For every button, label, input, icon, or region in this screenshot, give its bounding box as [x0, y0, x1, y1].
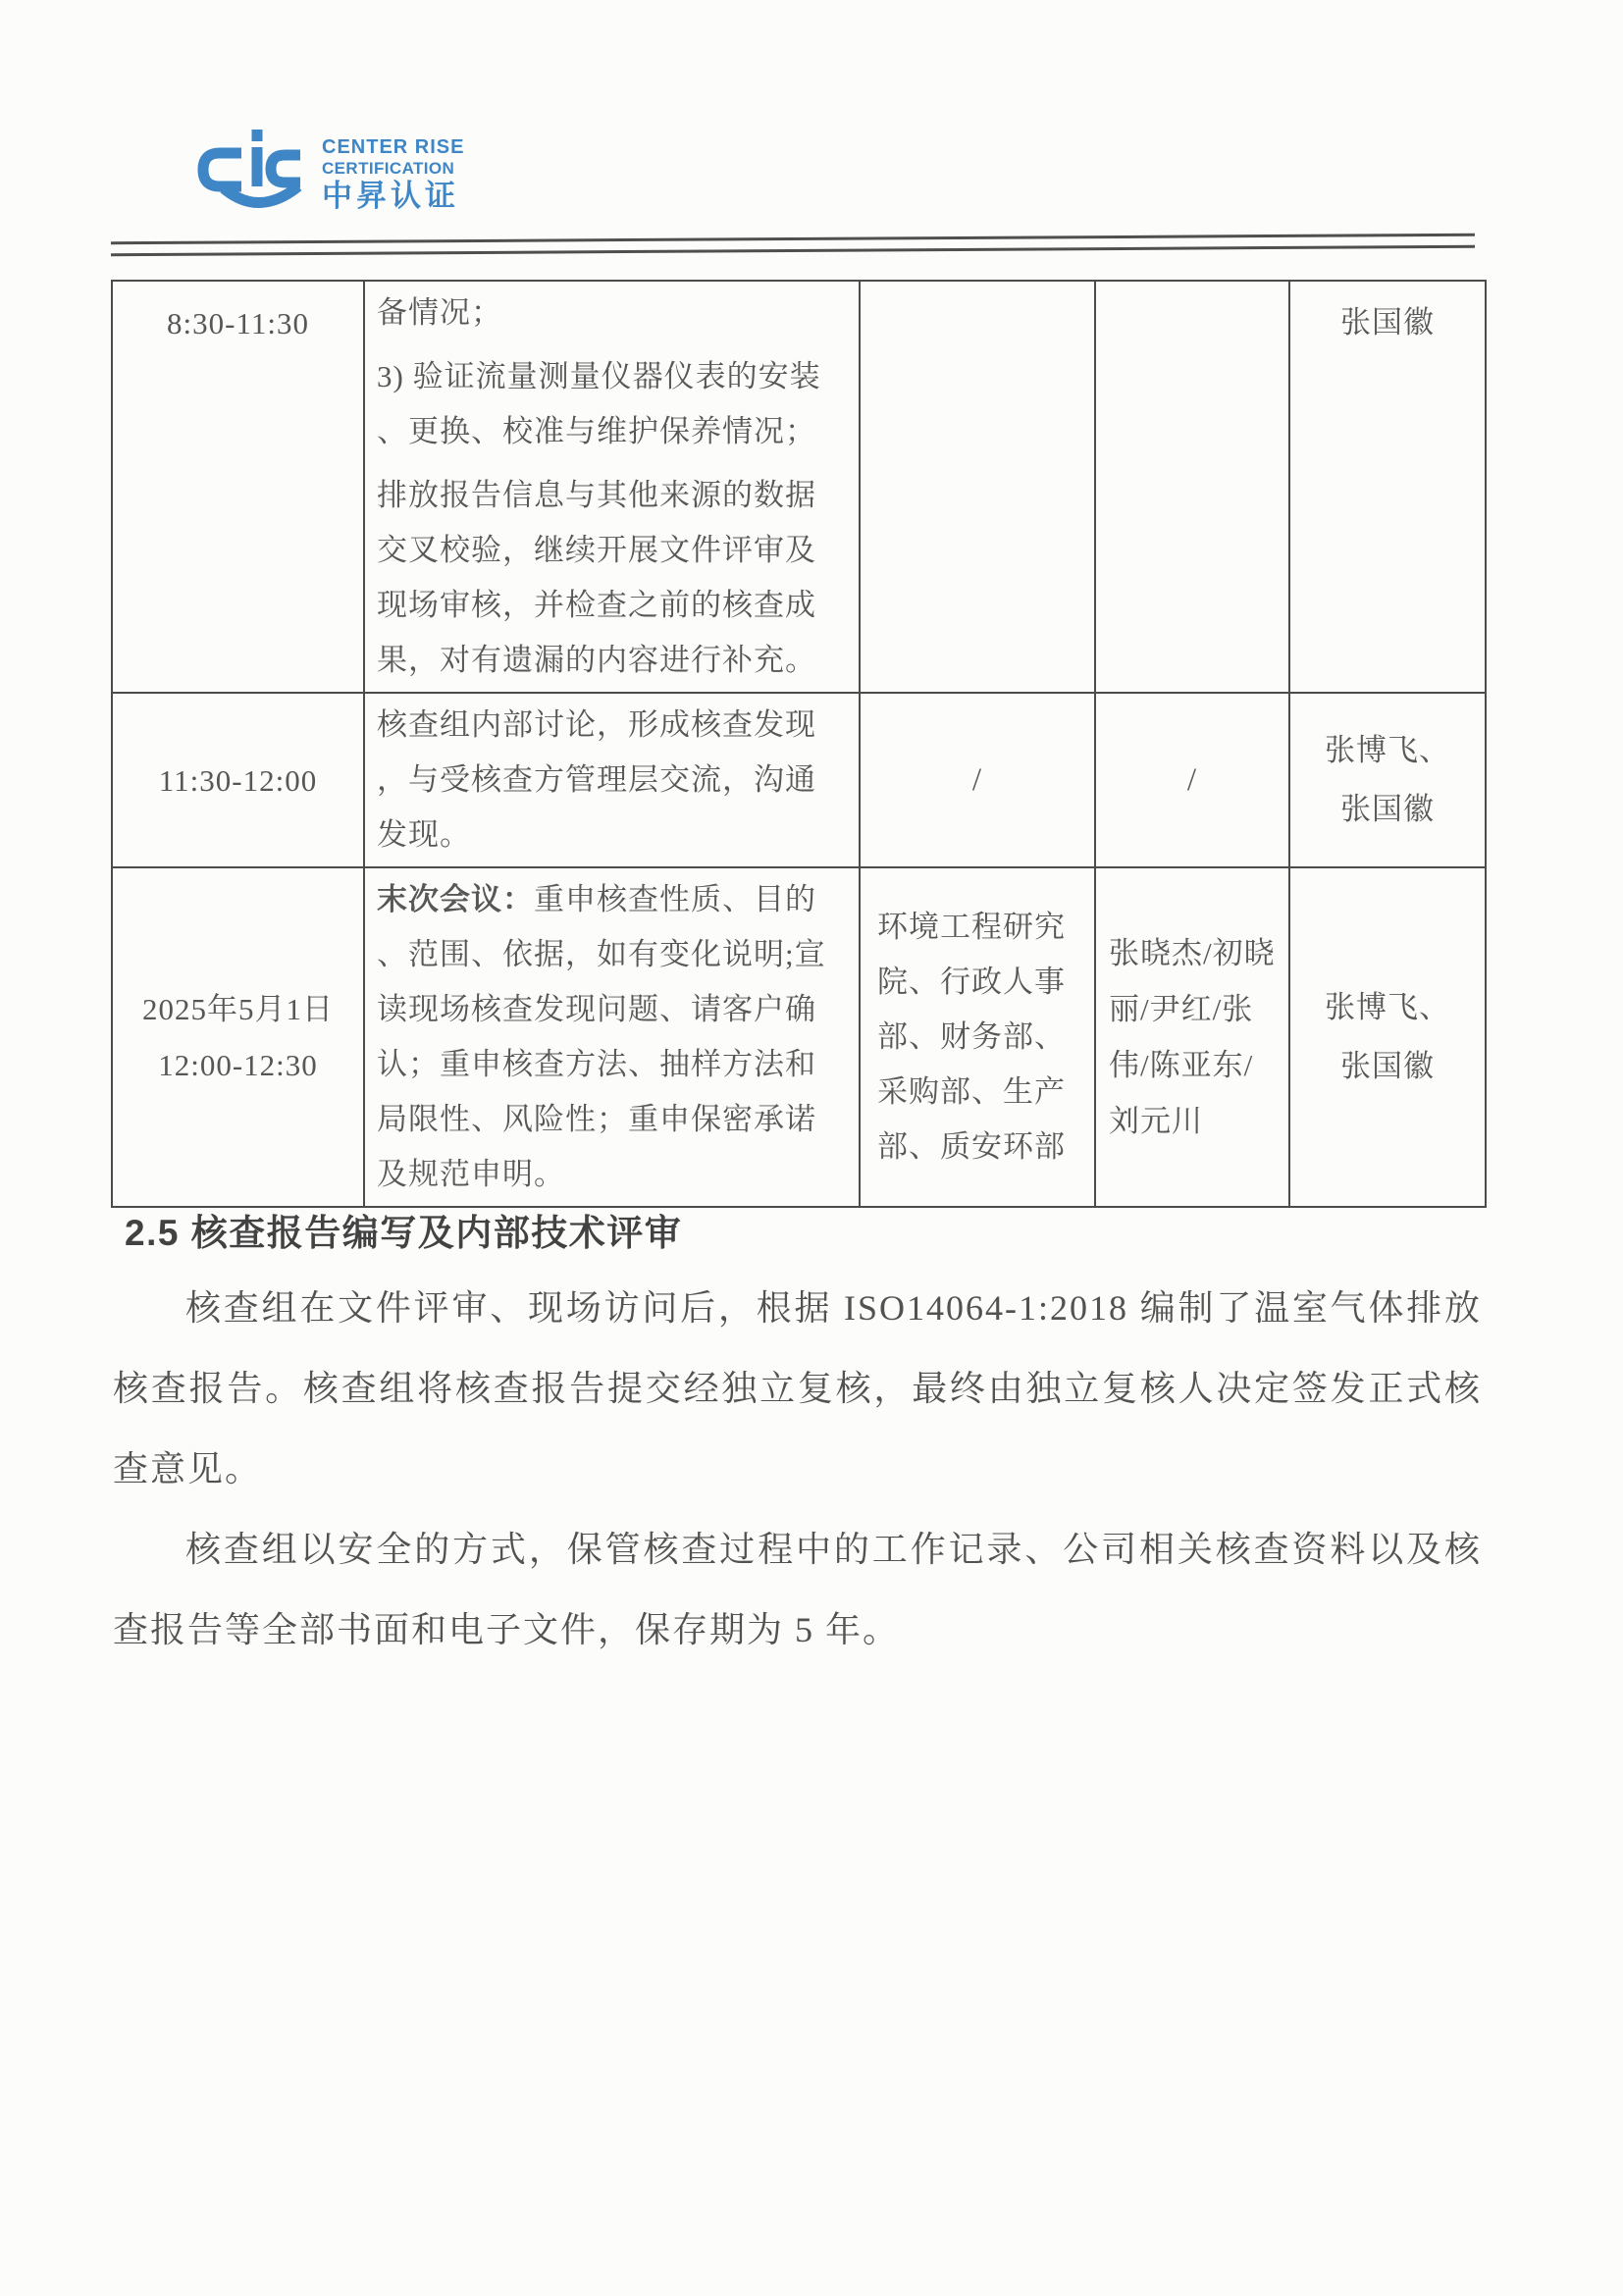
time-cell: 8:30-11:30 — [112, 281, 364, 693]
table-row-discussion: 11:30-12:00 核查组内部讨论，形成核查发现，与受核查方管理层交流，沟通… — [112, 693, 1486, 867]
activity-cell: 末次会议：重申核查性质、目的、范围、依据，如有变化说明;宣读现场核查发现问题、请… — [364, 867, 860, 1207]
activity-paragraph: 3) 验证流量测量仪器仪表的安装、更换、校准与维护保养情况； — [377, 349, 847, 459]
department-cell — [860, 281, 1095, 693]
verifier-cell: 张博飞、 张国徽 — [1289, 693, 1486, 867]
time-text: 8:30-11:30 — [119, 295, 357, 351]
paragraph: 核查组以安全的方式，保管核查过程中的工作记录、公司相关核查资料以及核查报告等全部… — [113, 1509, 1482, 1670]
activity-paragraph: 末次会议：重申核查性质、目的、范围、依据，如有变化说明;宣读现场核查发现问题、请… — [377, 872, 847, 1202]
verifier-cell: 张博飞、 张国徽 — [1289, 867, 1486, 1207]
logo-text-chinese: 中昇认证 — [322, 181, 464, 211]
activity-cell: 备情况； 3) 验证流量测量仪器仪表的安装、更换、校准与维护保养情况； 排放报告… — [364, 281, 860, 693]
verifier-name: 张国徽 — [1298, 293, 1477, 352]
interviewee-cell: 张晓杰/初晓丽/尹红/张伟/陈亚东/刘元川 — [1095, 867, 1289, 1207]
interviewee-text: 张晓杰/初晓丽/尹红/张伟/陈亚东/刘元川 — [1109, 925, 1276, 1149]
interviewee-cell — [1095, 281, 1289, 693]
time-cell: 2025年5月1日 12:00-12:30 — [112, 867, 364, 1207]
time-text: 12:00-12:30 — [119, 1037, 357, 1093]
activity-paragraph: 备情况； — [377, 286, 847, 340]
activity-cell: 核查组内部讨论，形成核查发现，与受核查方管理层交流，沟通发现。 — [364, 693, 860, 867]
logo-text-center-rise: CENTER RISE — [322, 137, 464, 157]
activity-paragraph: 核查组内部讨论，形成核查发现，与受核查方管理层交流，沟通发现。 — [377, 698, 847, 862]
verifier-name: 张国徽 — [1298, 780, 1477, 839]
department-text: 环境工程研究院、行政人事部、财务部、采购部、生产部、质安环部 — [877, 900, 1077, 1174]
activity-paragraph: 排放报告信息与其他来源的数据交叉校验，继续开展文件评审及现场审核，并检查之前的核… — [377, 468, 847, 688]
table-row-closing-meeting: 2025年5月1日 12:00-12:30 末次会议：重申核查性质、目的、范围、… — [112, 867, 1486, 1207]
logo: CENTER RISE CERTIFICATION 中昇认证 — [183, 126, 464, 212]
date-text: 2025年5月1日 — [119, 981, 357, 1037]
verifier-name: 张博飞、 — [1298, 978, 1477, 1037]
header-double-rule — [111, 234, 1475, 256]
logo-text-block: CENTER RISE CERTIFICATION 中昇认证 — [322, 137, 464, 211]
verifier-cell: 张国徽 — [1289, 281, 1486, 693]
time-text: 11:30-12:00 — [119, 753, 357, 809]
document-page: CENTER RISE CERTIFICATION 中昇认证 8:30-11:3… — [0, 0, 1623, 2296]
activity-lead: 末次会议： — [377, 882, 534, 916]
interviewee-cell: / — [1095, 693, 1289, 867]
section-heading: 2.5 核查报告编写及内部技术评审 — [125, 1203, 682, 1256]
activity-rest: 重申核查性质、目的、范围、依据，如有变化说明;宣读现场核查发现问题、请客户确认；… — [377, 882, 826, 1191]
onsite-schedule-table: 8:30-11:30 备情况； 3) 验证流量测量仪器仪表的安装、更换、校准与维… — [111, 280, 1487, 1208]
crc-logo-icon — [183, 126, 306, 212]
verifier-name: 张博飞、 — [1298, 721, 1477, 780]
body-paragraphs: 核查组在文件评审、现场访问后，根据 ISO14064-1:2018 编制了温室气… — [113, 1268, 1482, 1670]
time-cell: 11:30-12:00 — [112, 693, 364, 867]
table-row-morning: 8:30-11:30 备情况； 3) 验证流量测量仪器仪表的安装、更换、校准与维… — [112, 281, 1486, 693]
department-cell: 环境工程研究院、行政人事部、财务部、采购部、生产部、质安环部 — [860, 867, 1095, 1207]
logo-text-certification: CERTIFICATION — [322, 160, 464, 177]
paragraph: 核查组在文件评审、现场访问后，根据 ISO14064-1:2018 编制了温室气… — [113, 1268, 1482, 1509]
verifier-name: 张国徽 — [1298, 1037, 1477, 1096]
department-cell: / — [860, 693, 1095, 867]
